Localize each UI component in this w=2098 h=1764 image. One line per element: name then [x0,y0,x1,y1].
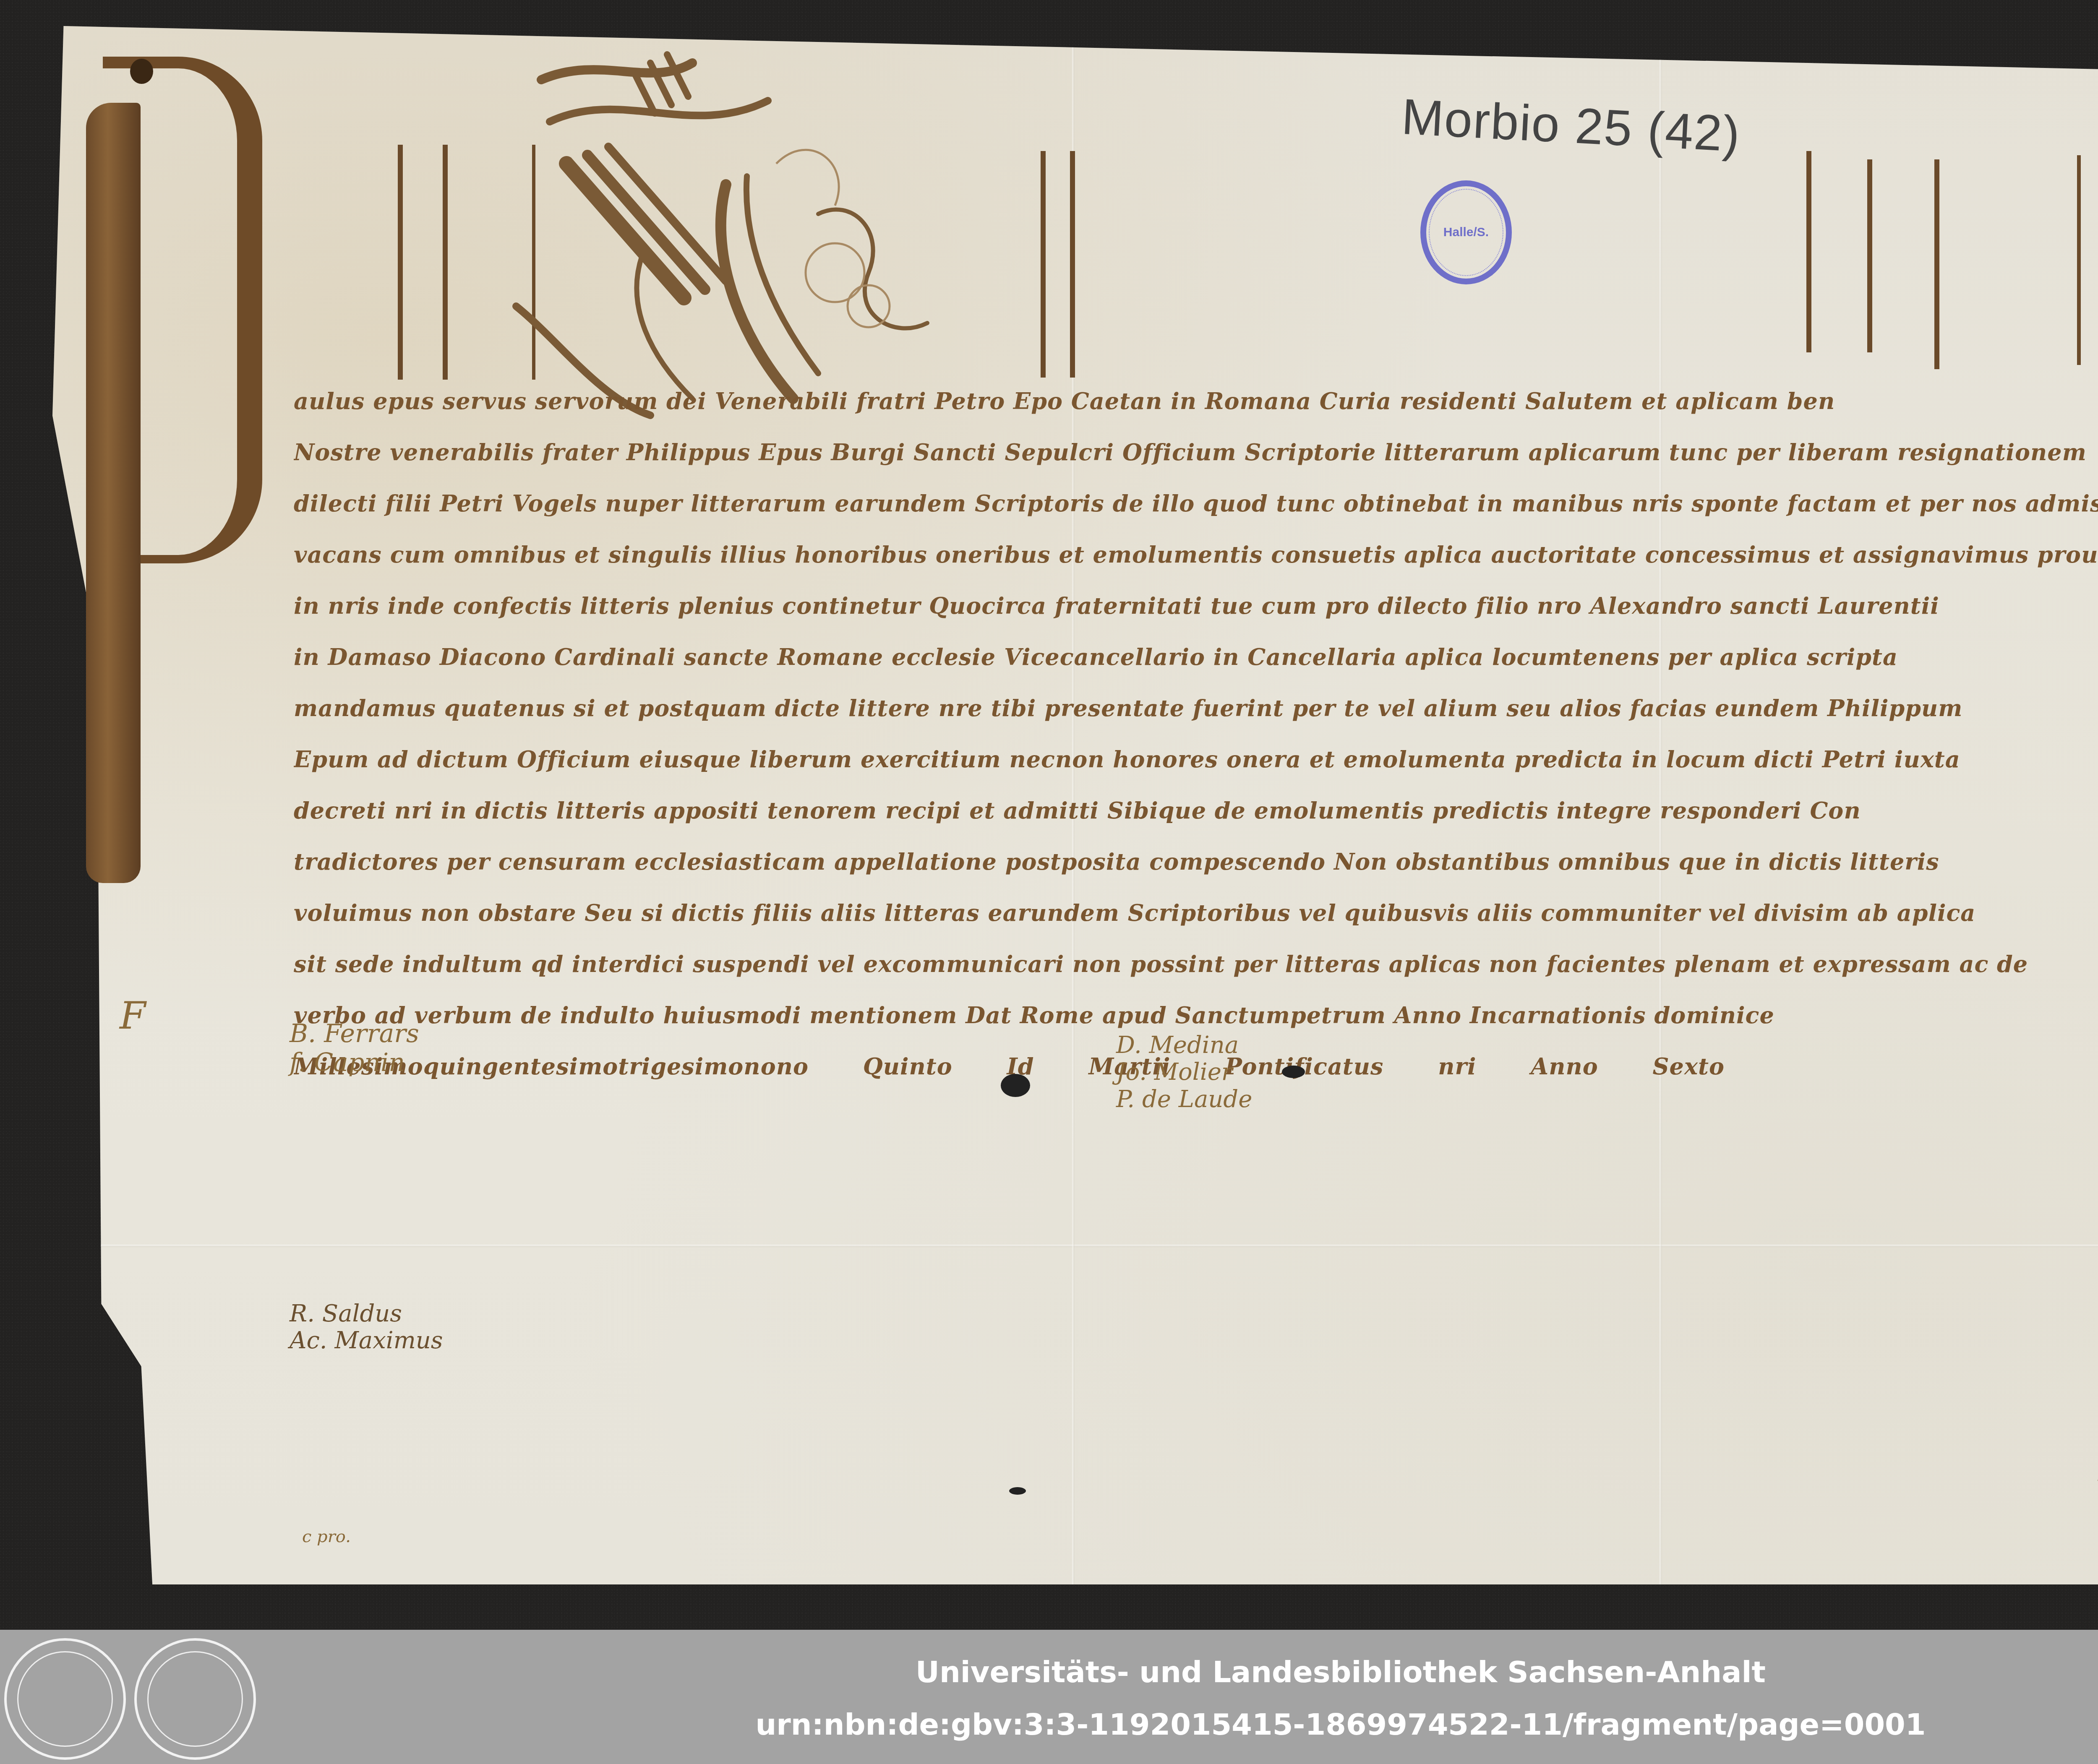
ascender-stroke [2077,155,2081,365]
parchment-hole [1001,1074,1030,1097]
ascender-stroke [1867,159,1872,352]
text-line: Epum ad dictum Officium eiusque liberum … [294,734,2098,785]
decorated-initial-p [40,27,212,887]
signature-line: P. de Laude [1116,1086,1252,1113]
parchment-hole [1009,1487,1026,1495]
stamp-ring [1429,189,1503,276]
ascender-stroke [1934,159,1939,369]
signature-line: B. Ferrars [290,1019,419,1048]
ascender-stroke [1806,151,1811,352]
text-line: aulus epus servus servorum dei Venerabil… [294,375,2098,427]
bottom-note: c pro. [302,1527,351,1546]
signature-line: Ac. Maximus [290,1327,443,1354]
text-line: voluimus non obstare Seu si dictis filii… [294,887,2098,938]
signature-line: Jo. Molier [1116,1059,1252,1086]
initial-stem [86,103,141,883]
text-line: decreti nri in dictis litteris appositi … [294,785,2098,836]
fold-line [52,1245,2098,1247]
calligraphic-flourish [474,38,957,424]
library-stamp: Halle/S. [1420,180,1512,284]
text-line: vacans cum omnibus et singulis illius ho… [294,529,2098,580]
signature-initial-f: F [120,994,146,1038]
signature-line: f. Capnin [290,1048,419,1077]
library-footer: Universitäts- und Landesbibliothek Sachs… [0,1630,2098,1764]
institution-name: Universitäts- und Landesbibliothek Sachs… [0,1655,2098,1689]
signature-line: D. Medina [1116,1032,1252,1059]
initial-knob [130,59,153,84]
signature-block-center: D. Medina Jo. Molier P. de Laude [1116,1032,1252,1113]
signature-line: R. Saldus [290,1300,443,1327]
ascender-stroke [1070,151,1075,378]
parchment-hole [1282,1066,1305,1078]
ascender-stroke [443,145,448,380]
document-body-text: aulus epus servus servorum dei Venerabil… [294,375,2098,1092]
text-line: sit sede indultum qd interdici suspendi … [294,938,2098,990]
signature-block-left: B. Ferrars f. Capnin [290,1019,419,1077]
text-line: tradictores per censuram ecclesiasticam … [294,836,2098,887]
text-line: mandamus quatenus si et postquam dicte l… [294,683,2098,734]
urn-identifier: urn:nbn:de:gbv:3:3-1192015415-1869974522… [0,1707,2098,1742]
ascender-stroke [1041,151,1046,378]
ascender-stroke [398,145,403,380]
text-line: in Damaso Diacono Cardinali sancte Roman… [294,631,2098,683]
signature-block-lower-left: R. Saldus Ac. Maximus [290,1300,443,1355]
text-line: in nris inde confectis litteris plenius … [294,580,2098,631]
text-line: Nostre venerabilis frater Philippus Epus… [294,427,2098,478]
text-line: dilecti filii Petri Vogels nuper littera… [294,478,2098,529]
